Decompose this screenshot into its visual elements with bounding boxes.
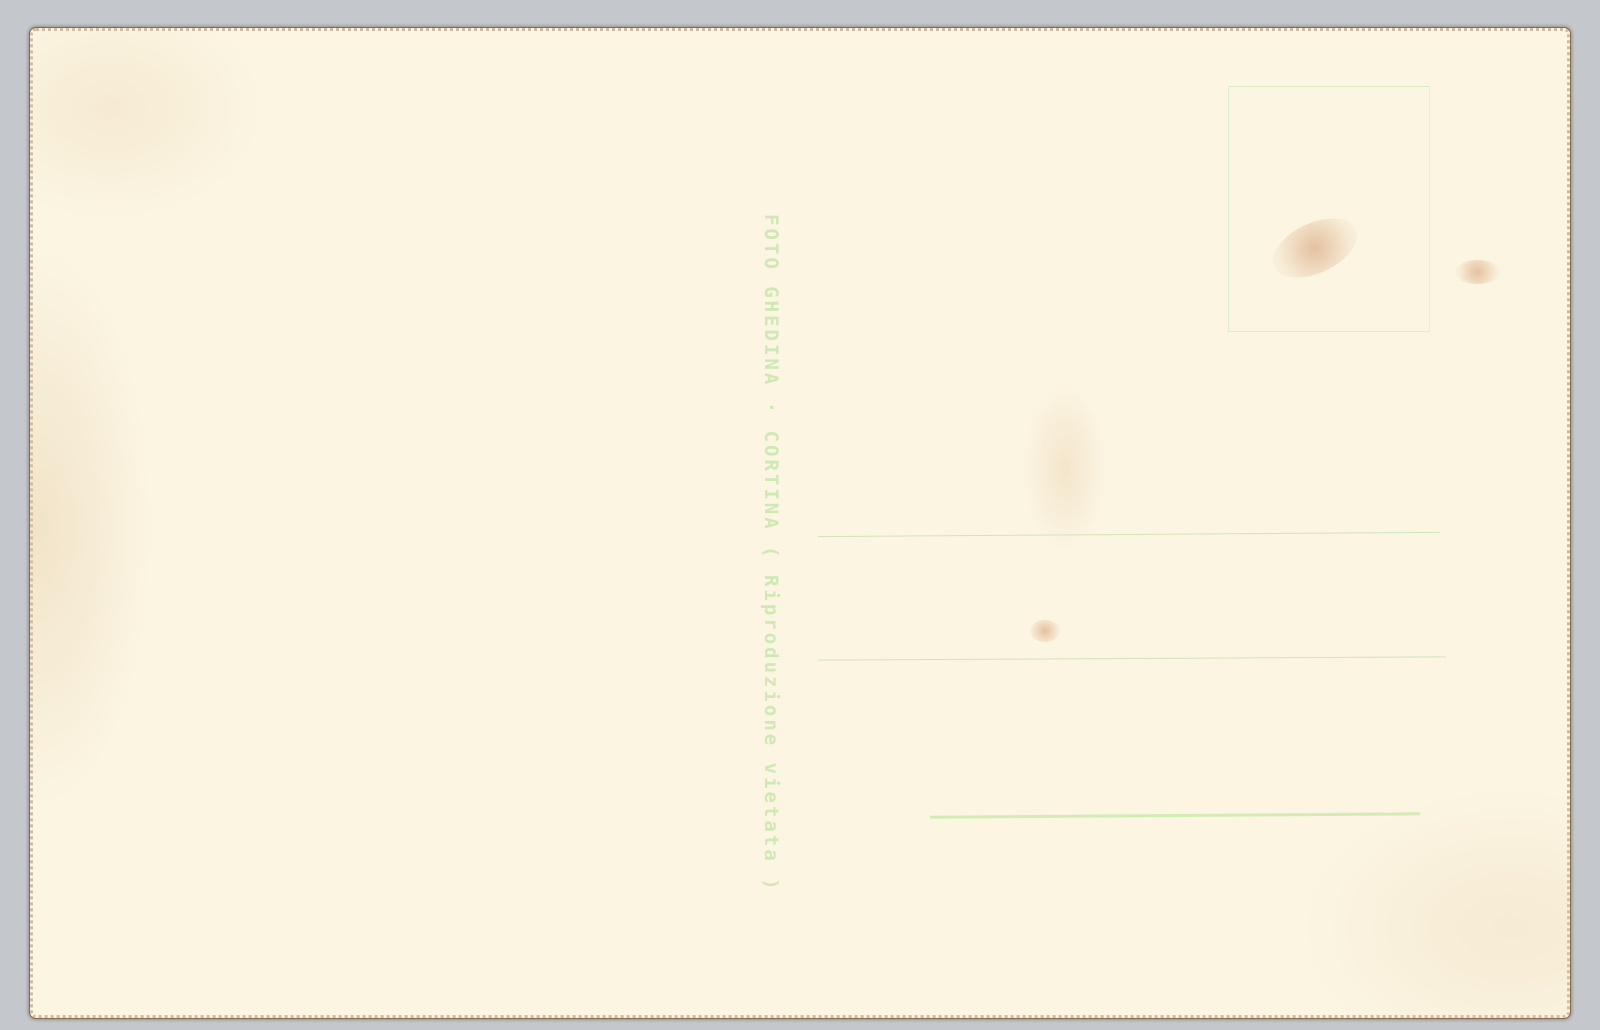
address-line xyxy=(818,532,1440,537)
address-line xyxy=(818,656,1446,660)
foxing-stain xyxy=(1455,260,1500,284)
address-line xyxy=(930,812,1420,818)
stamp-box xyxy=(1228,86,1430,332)
postcard-back: FOTO GHEDINA · CORTINA ( Riproduzione vi… xyxy=(30,28,1570,1018)
publisher-imprint: FOTO GHEDINA · CORTINA ( Riproduzione vi… xyxy=(760,214,782,893)
foxing-stain xyxy=(1030,620,1060,642)
